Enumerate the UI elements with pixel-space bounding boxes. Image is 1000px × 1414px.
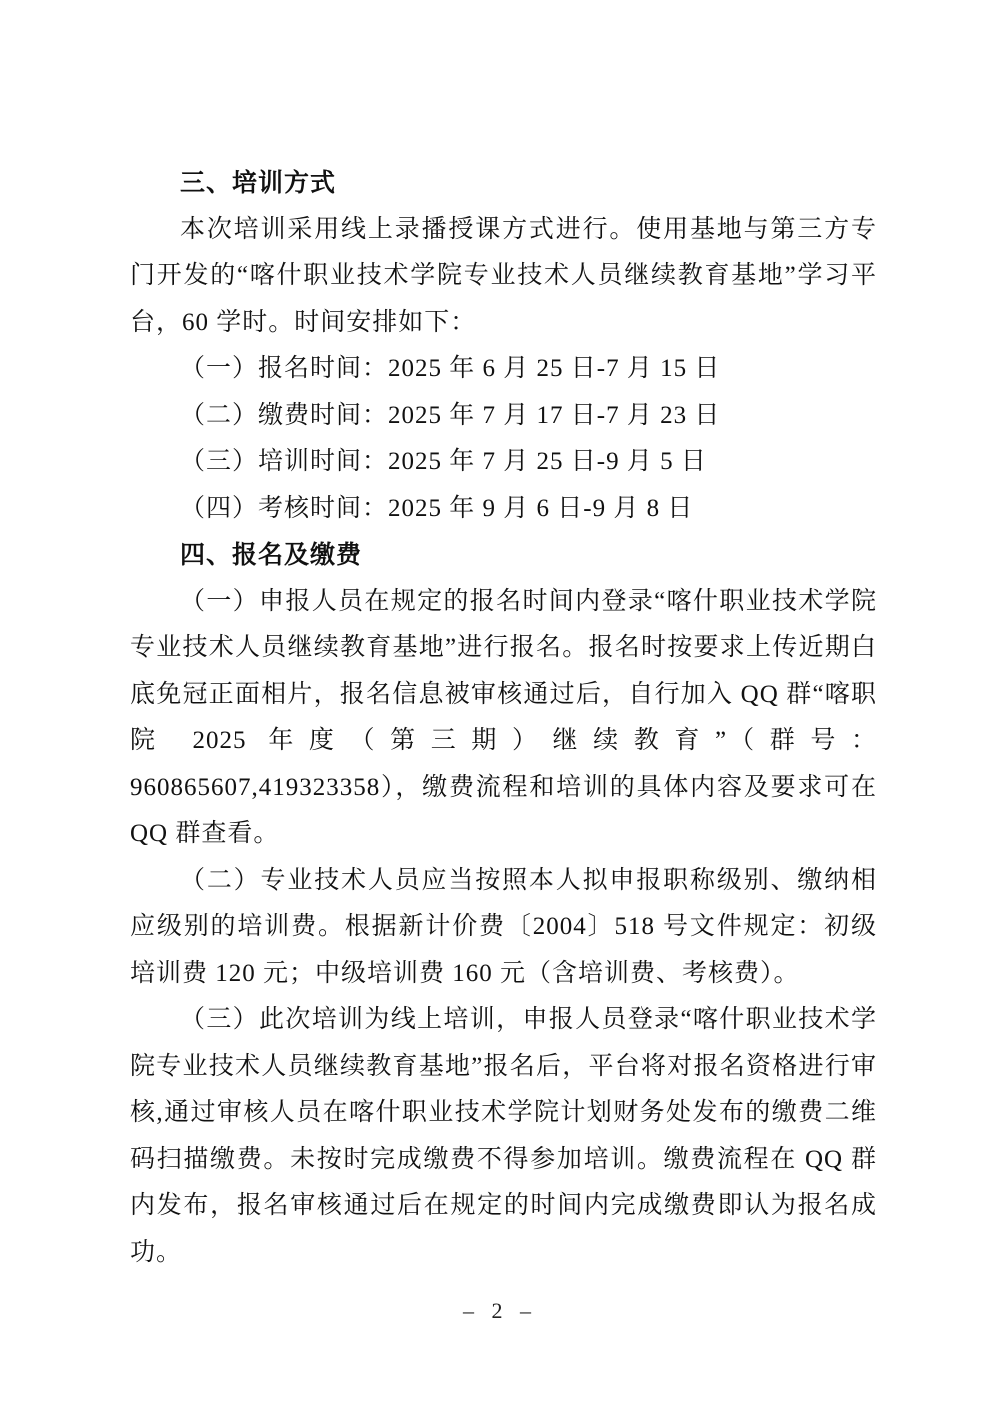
schedule-item-assessment-time: （四）考核时间：2025 年 9 月 6 日-9 月 8 日	[130, 486, 877, 533]
schedule-item-registration-time: （一）报名时间：2025 年 6 月 25 日-7 月 15 日	[130, 346, 877, 393]
section-heading-training-method: 三、培训方式	[130, 160, 877, 207]
section-heading-registration-payment: 四、报名及缴费	[130, 532, 877, 579]
document-content: 三、培训方式 本次培训采用线上录播授课方式进行。使用基地与第三方专门开发的“喀什…	[130, 160, 877, 1276]
document-page: 三、培训方式 本次培训采用线上录播授课方式进行。使用基地与第三方专门开发的“喀什…	[0, 0, 1000, 1414]
training-intro-paragraph: 本次培训采用线上录播授课方式进行。使用基地与第三方专门开发的“喀什职业技术学院专…	[130, 207, 877, 347]
page-number: – 2 –	[463, 1298, 537, 1323]
schedule-item-training-time: （三）培训时间：2025 年 7 月 25 日-9 月 5 日	[130, 439, 877, 486]
registration-paragraph-2: （二）专业技术人员应当按照本人拟申报职称级别、缴纳相应级别的培训费。根据新计价费…	[130, 858, 877, 998]
registration-paragraph-1: （一）申报人员在规定的报名时间内登录“喀什职业技术学院专业技术人员继续教育基地”…	[130, 579, 877, 858]
page-footer: – 2 –	[0, 1298, 1000, 1324]
registration-paragraph-3: （三）此次培训为线上培训，申报人员登录“喀什职业技术学院专业技术人员继续教育基地…	[130, 997, 877, 1276]
schedule-item-payment-time: （二）缴费时间：2025 年 7 月 17 日-7 月 23 日	[130, 393, 877, 440]
